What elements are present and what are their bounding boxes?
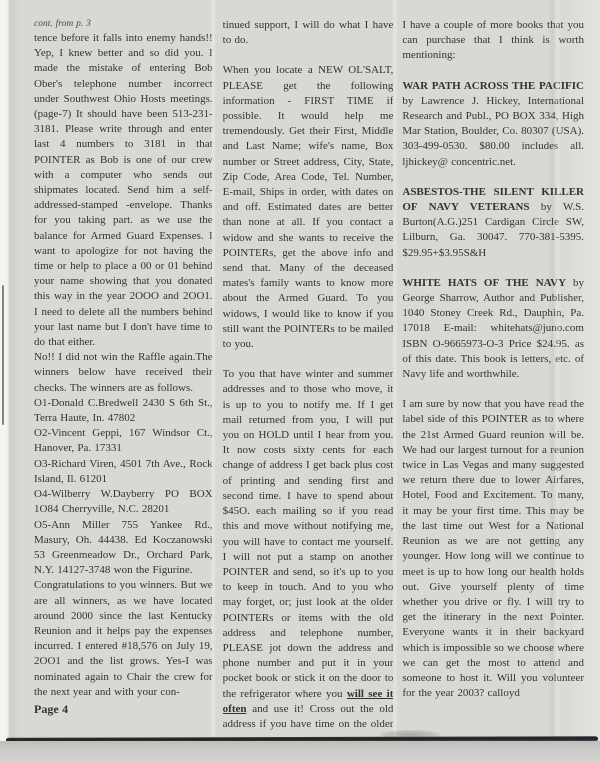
page-body: cont. from p. 3 tence before it falls in… — [0, 0, 600, 736]
scan-crease-artifact — [548, 0, 562, 736]
paragraph: tinued support, I will do what I have to… — [223, 18, 394, 48]
text-run: To you that have winter and summer addre… — [223, 368, 394, 699]
column-left: cont. from p. 3 tence before it falls in… — [34, 18, 213, 736]
text-run: and use it! Cross out the old address if… — [223, 703, 394, 736]
scanner-background — [0, 741, 600, 761]
text-run: O2-Vincent Geppi, 167 Windsor Ct., Hanov… — [34, 427, 213, 454]
paragraph: O4-Wilberry W.Dayberry PO BOX 1O84 Cherr… — [34, 487, 213, 517]
paragraph: O1-Donald C.Bredwell 2430 S 6th St., Ter… — [34, 396, 213, 426]
column-middle-text: tinued support, I will do what I have to… — [223, 18, 394, 736]
text-run: O3-Richard Viren, 4501 7th Ave., Rock Is… — [34, 458, 213, 485]
paragraph: Congratulations to you winners. But we a… — [34, 578, 213, 700]
scanned-newsletter-page: cont. from p. 3 tence before it falls in… — [0, 0, 600, 761]
paragraph: O2-Vincent Geppi, 167 Windsor Ct., Hanov… — [34, 426, 213, 456]
scan-crease-artifact — [2, 285, 4, 425]
continued-from-note: cont. from p. 3 — [34, 18, 213, 31]
paragraph: To you that have winter and summer addre… — [223, 367, 394, 736]
column-left-text: tence before it falls into enemy hands!!… — [34, 31, 213, 700]
text-run: O1-Donald C.Bredwell 2430 S 6th St., Ter… — [34, 397, 213, 424]
text-run: WHITE HATS OF THE NAVY — [402, 277, 566, 289]
scan-crease-artifact — [392, 0, 398, 736]
text-run: O4-Wilberry W.Dayberry PO BOX 1O84 Cherr… — [34, 488, 213, 515]
paragraph: No!! I did not win the Raffle again.The … — [34, 350, 213, 396]
paragraph: When you locate a NEW OL'SALT, PLEASE ge… — [223, 63, 394, 352]
paragraph: tence before it falls into enemy hands!!… — [34, 31, 213, 350]
text-run: No!! I did not win the Raffle again.The … — [34, 351, 213, 393]
text-run: O5-Ann Miller 755 Yankee Rd., Masury, Oh… — [34, 519, 213, 577]
text-run: tinued support, I will do what I have to… — [223, 19, 394, 46]
column-middle: tinued support, I will do what I have to… — [223, 18, 394, 736]
paragraph: O5-Ann Miller 755 Yankee Rd., Masury, Oh… — [34, 518, 213, 579]
paragraph: O3-Richard Viren, 4501 7th Ave., Rock Is… — [34, 457, 213, 487]
page-number-label: Page 4 — [34, 702, 213, 717]
scan-crease-artifact — [210, 0, 216, 736]
text-run: Congratulations to you winners. But we a… — [34, 579, 213, 697]
text-run: tence before it falls into enemy hands!!… — [34, 32, 213, 348]
text-run: When you locate a NEW OL'SALT, PLEASE ge… — [223, 64, 394, 350]
